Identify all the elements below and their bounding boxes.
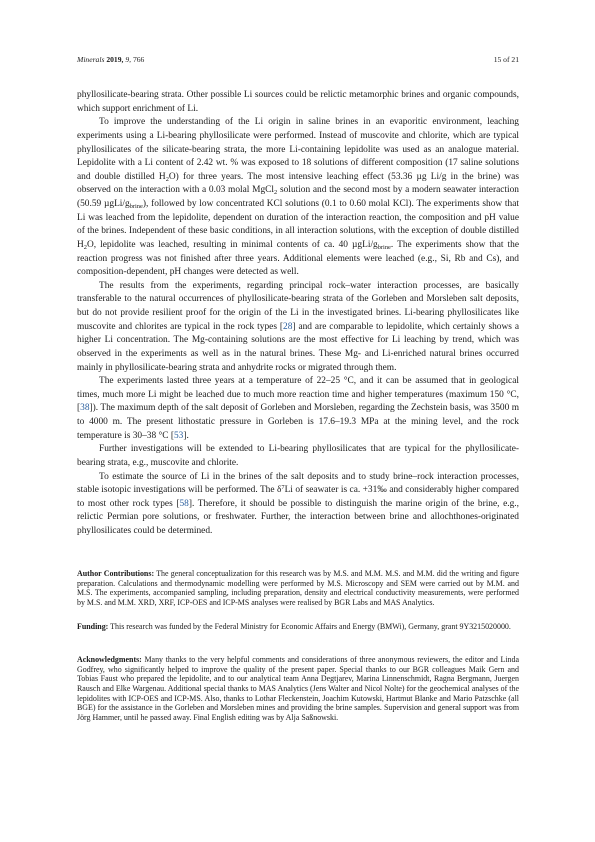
body-paragraph: The results from the experiments, regard… — [77, 280, 519, 375]
acknowledgments: Acknowledgments: Many thanks to the very… — [77, 655, 519, 723]
funding-text: This research was funded by the Federal … — [108, 622, 511, 631]
text-run: ]). The maximum depth of the salt deposi… — [77, 403, 519, 440]
author-contributions: Author Contributions: The general concep… — [77, 569, 519, 608]
funding: Funding: This research was funded by the… — [77, 622, 519, 632]
author-contributions-label: Author Contributions: — [77, 569, 154, 578]
body-paragraph: Further investigations will be extended … — [77, 443, 519, 470]
text-run: Further investigations will be extended … — [77, 444, 519, 468]
body-paragraph: To estimate the source of Li in the brin… — [77, 471, 519, 539]
citation-link[interactable]: 58 — [179, 499, 188, 509]
journal-year: 2019, — [106, 55, 123, 64]
text-run: O, lepidolite was leached, resulting in … — [87, 240, 378, 250]
journal-name: Minerals — [77, 55, 104, 64]
body-text: phyllosilicate-bearing strata. Other pos… — [77, 89, 519, 539]
page-header: Minerals 2019, 9, 766 15 of 21 — [77, 55, 519, 67]
page-number: 15 of 21 — [494, 55, 519, 64]
body-paragraph: The experiments lasted three years at a … — [77, 375, 519, 443]
funding-label: Funding: — [77, 622, 108, 631]
body-paragraph: To improve the understanding of the Li o… — [77, 116, 519, 280]
acknowledgments-text: Many thanks to the very helpful comments… — [77, 655, 519, 722]
subscript: brine — [130, 203, 143, 210]
subscript: brine — [378, 244, 391, 251]
text-run: ]. — [183, 431, 188, 441]
text-run: phyllosilicate-bearing strata. Other pos… — [77, 90, 519, 114]
article-number: 766 — [133, 55, 144, 64]
acknowledgments-label: Acknowledgments: — [77, 655, 142, 664]
journal-volume: 9, — [125, 55, 131, 64]
citation-link[interactable]: 38 — [80, 403, 89, 413]
body-paragraph: phyllosilicate-bearing strata. Other pos… — [77, 89, 519, 116]
citation-link[interactable]: 53 — [174, 431, 183, 441]
citation-link[interactable]: 28 — [283, 322, 292, 332]
journal-citation: Minerals 2019, 9, 766 — [77, 55, 144, 64]
